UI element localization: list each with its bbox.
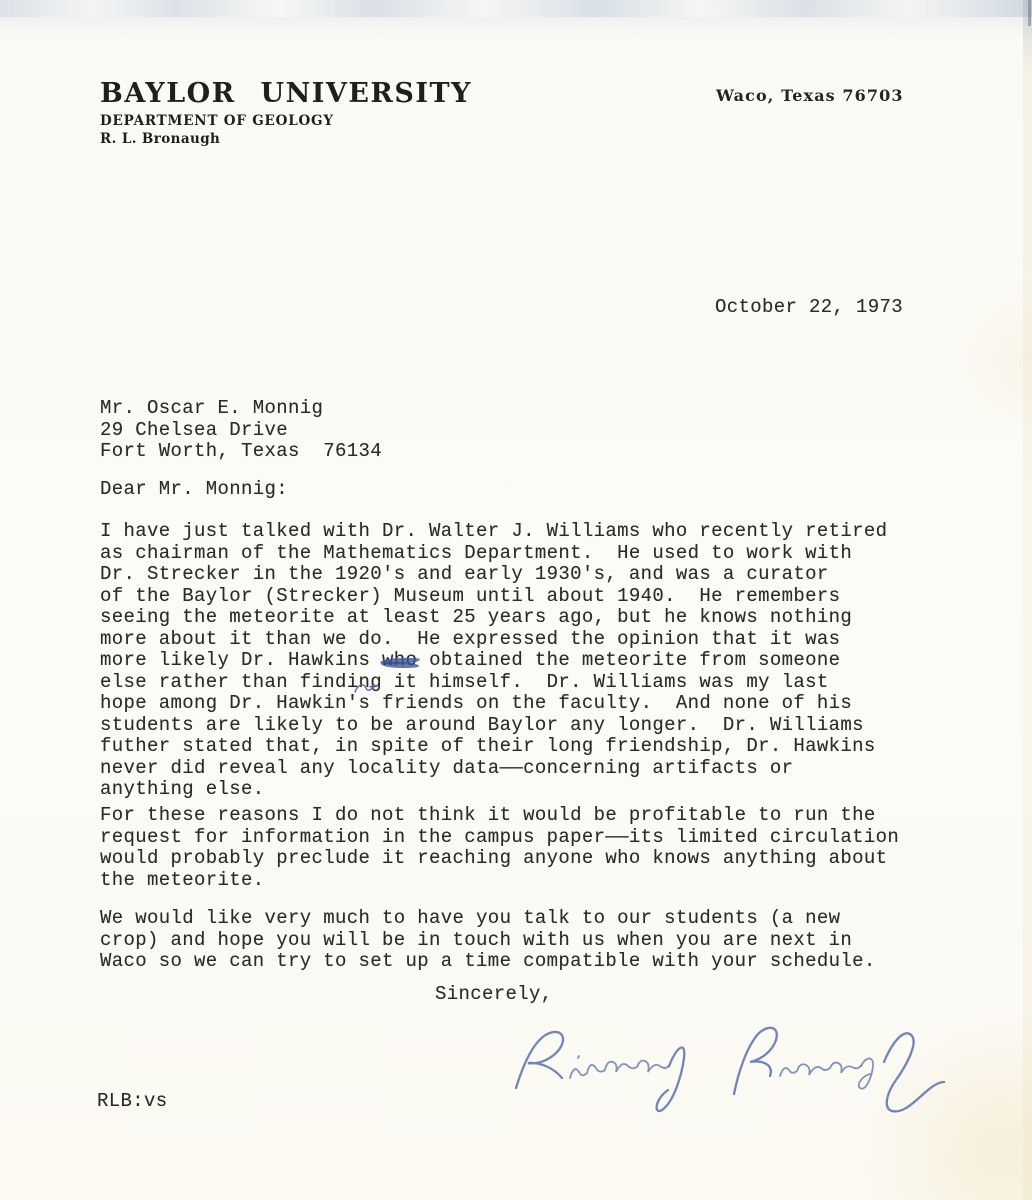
body-line: the meteorite.	[100, 870, 899, 892]
body-line: I have just talked with Dr. Walter J. Wi…	[100, 521, 887, 543]
annotated-letter: s	[359, 693, 371, 715]
body-text: hope among Dr. Hawkin'	[100, 692, 359, 714]
body-paragraph-2: For these reasons I do not think it woul…	[100, 805, 899, 891]
body-line: seeing the meteorite at least 25 years a…	[100, 607, 887, 629]
struck-out-word: who	[382, 650, 417, 672]
body-line: Dr. Strecker in the 1920's and early 193…	[100, 564, 887, 586]
body-line-with-annotation: hope among Dr. Hawkin's friends on the f…	[100, 693, 887, 715]
body-text: more likely Dr. Hawkins	[100, 649, 382, 671]
body-paragraph-1: I have just talked with Dr. Walter J. Wi…	[100, 521, 887, 801]
body-line: students are likely to be around Baylor …	[100, 715, 887, 737]
recipient-address: Mr. Oscar E. Monnig 29 Chelsea Drive For…	[100, 398, 382, 463]
signature-richmond-bronaugh	[502, 1018, 950, 1122]
recipient-street: 29 Chelsea Drive	[100, 420, 382, 442]
body-line: of the Baylor (Strecker) Museum until ab…	[100, 586, 887, 608]
letterhead-department: DEPARTMENT OF GEOLOGY	[100, 114, 472, 128]
body-text: friends on the faculty. And none of his	[370, 692, 852, 714]
body-line: never did reveal any locality data——conc…	[100, 758, 887, 780]
body-text: obtained the meteorite from someone	[417, 649, 840, 671]
reference-initials: RLB:vs	[97, 1091, 168, 1113]
closing: Sincerely,	[435, 984, 553, 1006]
body-line: futher stated that, in spite of their lo…	[100, 736, 887, 758]
scan-edge-right	[1023, 0, 1032, 1200]
letterhead: BAYLOR UNIVERSITY DEPARTMENT OF GEOLOGY …	[100, 80, 472, 146]
handwritten-pen-mark-icon	[353, 681, 377, 695]
letterhead-person: R. L. Bronaugh	[100, 132, 472, 146]
recipient-name: Mr. Oscar E. Monnig	[100, 398, 382, 420]
body-line: crop) and hope you will be in touch with…	[100, 930, 876, 952]
body-line: anything else.	[100, 779, 887, 801]
scan-corner-mark	[1028, 0, 1031, 26]
body-line: Waco so we can try to set up a time comp…	[100, 951, 876, 973]
body-line: request for information in the campus pa…	[100, 827, 899, 849]
letter-date: October 22, 1973	[715, 297, 903, 319]
letterhead-university: BAYLOR UNIVERSITY	[100, 80, 472, 107]
scan-edge-top	[0, 0, 1032, 17]
body-line: For these reasons I do not think it woul…	[100, 805, 899, 827]
scan-edge-top-fade	[0, 17, 1032, 39]
body-paragraph-3: We would like very much to have you talk…	[100, 908, 876, 973]
body-text: s	[359, 692, 371, 714]
salutation: Dear Mr. Monnig:	[100, 479, 288, 501]
body-line: would probably preclude it reaching anyo…	[100, 848, 899, 870]
body-line: else rather than finding it himself. Dr.…	[100, 672, 887, 694]
body-line-with-strikeout: more likely Dr. Hawkins who obtained the…	[100, 650, 887, 672]
scanned-letter-page: BAYLOR UNIVERSITY DEPARTMENT OF GEOLOGY …	[0, 0, 1032, 1200]
body-line: more about it than we do. He expressed t…	[100, 629, 887, 651]
recipient-city: Fort Worth, Texas 76134	[100, 441, 382, 463]
body-line: We would like very much to have you talk…	[100, 908, 876, 930]
body-line: as chairman of the Mathematics Departmen…	[100, 543, 887, 565]
letterhead-location: Waco, Texas 76703	[716, 86, 904, 105]
